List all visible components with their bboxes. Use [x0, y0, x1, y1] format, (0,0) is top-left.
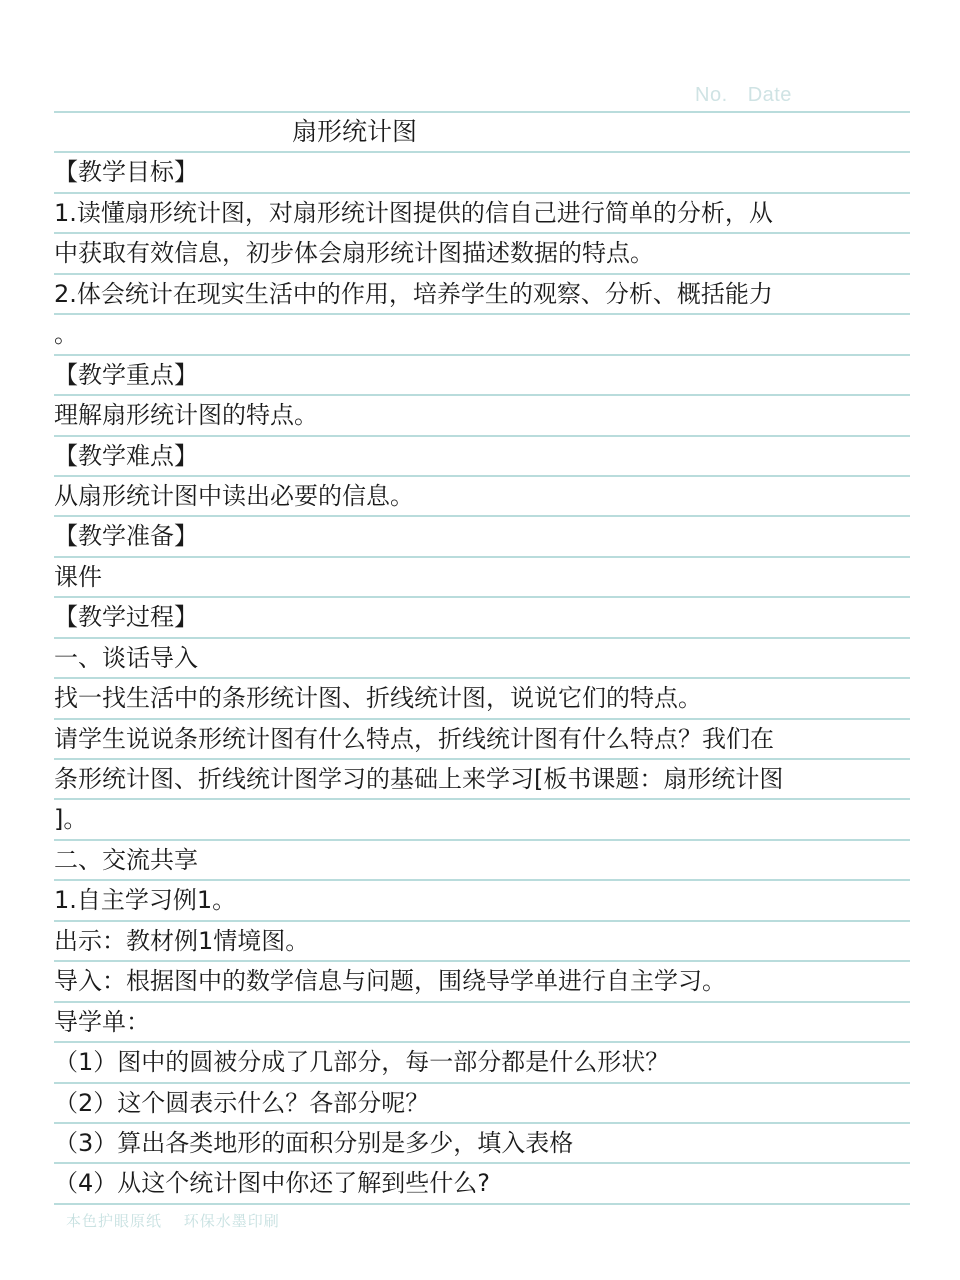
key-point: 理解扇形统计图的特点。	[54, 401, 318, 429]
process-text: 出示：教材例1情境图。	[54, 927, 309, 955]
objective-2: 2.体会统计在现实生活中的作用，培养学生的观察、分析、概括能力	[54, 280, 773, 308]
text-line: （3）算出各类地形的面积分别是多少，填入表格	[54, 1122, 914, 1162]
objective-2-cont: 。	[54, 320, 78, 348]
text-line: 从扇形统计图中读出必要的信息。	[54, 475, 914, 515]
process-text: 请学生说说条形统计图有什么特点，折线统计图有什么特点？我们在	[54, 725, 774, 753]
text-line: 理解扇形统计图的特点。	[54, 394, 914, 434]
process-text: ]。	[54, 805, 87, 833]
text-line: 一、谈话导入	[54, 637, 914, 677]
text-line: 【教学准备】	[54, 515, 914, 555]
objective-1-cont: 中获取有效信息，初步体会扇形统计图描述数据的特点。	[54, 239, 654, 267]
worksheet-question-2: （2）这个圆表示什么？各部分呢？	[54, 1089, 429, 1117]
text-line: 导学单：	[54, 1001, 914, 1041]
text-line: （4）从这个统计图中你还了解到些什么?	[54, 1162, 914, 1202]
text-line: 请学生说说条形统计图有什么特点，折线统计图有什么特点？我们在	[54, 718, 914, 758]
process-text: 导入：根据图中的数学信息与问题，围绕导学单进行自主学习。	[54, 967, 726, 995]
worksheet-question-3: （3）算出各类地形的面积分别是多少，填入表格	[54, 1129, 573, 1157]
section-heading-difficulties: 【教学难点】	[54, 442, 198, 470]
text-line: 【教学过程】	[54, 596, 914, 636]
preparation: 课件	[54, 563, 102, 591]
text-line: 中获取有效信息，初步体会扇形统计图描述数据的特点。	[54, 232, 914, 272]
section-heading-preparation: 【教学准备】	[54, 522, 198, 550]
text-line: 条形统计图、折线统计图学习的基础上来学习[板书课题：扇形统计图	[54, 758, 914, 798]
section-heading-process: 【教学过程】	[54, 603, 198, 631]
text-line: 2.体会统计在现实生活中的作用，培养学生的观察、分析、概括能力	[54, 273, 914, 313]
notebook-page: 扇形统计图 【教学目标】 1.读懂扇形统计图，对扇形统计图提供的信自己进行简单的…	[54, 111, 914, 1203]
text-line: 找一找生活中的条形统计图、折线统计图，说说它们的特点。	[54, 677, 914, 717]
subsection-share: 二、交流共享	[54, 846, 198, 874]
text-line: （1）图中的圆被分成了几部分，每一部分都是什么形状？	[54, 1041, 914, 1081]
page-title-line: 扇形统计图	[54, 111, 914, 151]
process-text: 1.自主学习例1。	[54, 886, 236, 914]
text-line: 。	[54, 313, 914, 353]
text-line: 出示：教材例1情境图。	[54, 920, 914, 960]
text-line: 导入：根据图中的数学信息与问题，围绕导学单进行自主学习。	[54, 960, 914, 1000]
footer-left: 本色护眼原纸	[66, 1212, 162, 1230]
ruled-line	[54, 1203, 910, 1205]
section-heading-objectives: 【教学目标】	[54, 158, 198, 186]
text-line: 【教学重点】	[54, 354, 914, 394]
worksheet-question-4: （4）从这个统计图中你还了解到些什么?	[54, 1169, 490, 1197]
page-title: 扇形统计图	[292, 117, 417, 146]
subsection-intro: 一、谈话导入	[54, 644, 198, 672]
text-line: 【教学难点】	[54, 435, 914, 475]
process-text: 找一找生活中的条形统计图、折线统计图，说说它们的特点。	[54, 684, 702, 712]
text-line: 二、交流共享	[54, 839, 914, 879]
difficulty: 从扇形统计图中读出必要的信息。	[54, 482, 414, 510]
text-line: 课件	[54, 556, 914, 596]
footer-right: 环保水墨印刷	[184, 1212, 280, 1230]
text-line: 【教学目标】	[54, 151, 914, 191]
text-line: 1.自主学习例1。	[54, 879, 914, 919]
objective-1: 1.读懂扇形统计图，对扇形统计图提供的信自己进行简单的分析，从	[54, 199, 773, 227]
text-line: 1.读懂扇形统计图，对扇形统计图提供的信自己进行简单的分析，从	[54, 192, 914, 232]
worksheet-label: 导学单：	[54, 1008, 150, 1036]
text-line: （2）这个圆表示什么？各部分呢？	[54, 1082, 914, 1122]
paper-footer: 本色护眼原纸 环保水墨印刷	[66, 1210, 296, 1231]
section-heading-key-points: 【教学重点】	[54, 361, 198, 389]
text-line: ]。	[54, 798, 914, 838]
worksheet-question-1: （1）图中的圆被分成了几部分，每一部分都是什么形状？	[54, 1048, 669, 1076]
process-text: 条形统计图、折线统计图学习的基础上来学习[板书课题：扇形统计图	[54, 765, 783, 793]
